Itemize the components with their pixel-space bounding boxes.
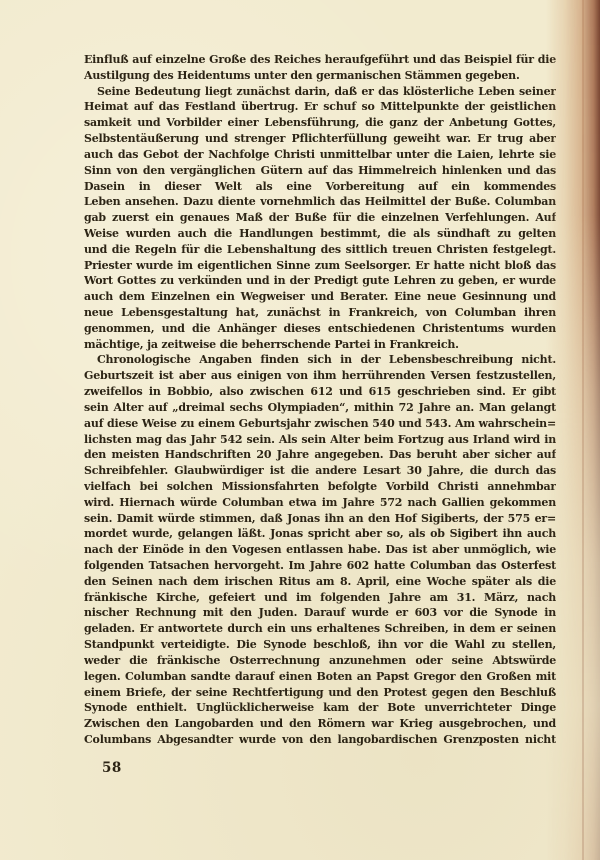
text-line: legen. Columban sandte darauf einen Bote… [84,669,556,685]
text-line: Standpunkt verteidigte. Die Synode besch… [84,637,556,653]
text-line: Synode enthielt. Unglücklicherweise kam … [84,700,556,716]
text-line: Heimat auf das Festland übertrug. Er sch… [84,99,556,115]
text-line: fränkische Kirche, gefeiert und im folge… [84,590,556,606]
text-line: Columbans Abgesandter wurde von den lang… [84,732,556,748]
page-number: 58 [102,760,122,776]
text-line: mächtige, ja zeitweise die beherrschende… [84,337,556,353]
text-line: Geburtszeit ist aber aus einigen von ihm… [84,368,556,384]
text-line: Einfluß auf einzelne Große des Reiches h… [84,52,556,68]
text-line: gab zuerst ein genaues Maß der Buße für … [84,210,556,226]
scanned-book-page: { "colors": { "paper": "#f2ebcf", "ink":… [0,0,600,860]
text-line: den meisten Handschriften 20 Jahre angeg… [84,447,556,463]
text-line: einem Briefe, der seine Rechtfertigung u… [84,685,556,701]
text-line: nach der Einöde in den Vogesen entlassen… [84,542,556,558]
text-line: Chronologische Angaben finden sich in de… [84,352,556,368]
text-line: vielfach bei solchen Missionsfahrten bef… [84,479,556,495]
text-line: genommen, und die Anhänger dieses entsch… [84,321,556,337]
text-line: geladen. Er antwortete durch ein uns erh… [84,621,556,637]
text-line: Priester wurde im eigentlichen Sinne zum… [84,258,556,274]
text-line: Dasein in dieser Welt als eine Vorbereit… [84,179,556,195]
body-text-block: Einfluß auf einzelne Große des Reiches h… [84,52,556,748]
text-line: wird. Hiernach würde Columban etwa im Ja… [84,495,556,511]
text-line: nischer Rechnung mit den Juden. Darauf w… [84,605,556,621]
text-line: Selbstentäußerung und strenger Pflichter… [84,131,556,147]
text-line: auch das Gebot der Nachfolge Christi unm… [84,147,556,163]
text-line: samkeit und Vorbilder einer Lebensführun… [84,115,556,131]
text-line: Weise wurden auch die Handlungen bestimm… [84,226,556,242]
text-line: Leben ansehen. Dazu diente vornehmlich d… [84,194,556,210]
text-line: mordet wurde, gelangen läßt. Jonas spric… [84,526,556,542]
text-line: zweifellos in Bobbio, also zwischen 612 … [84,384,556,400]
text-line: Wort Gottes zu verkünden und in der Pred… [84,273,556,289]
text-line: Sinn von den vergänglichen Gütern auf da… [84,163,556,179]
text-line: sein Alter auf „dreimal sechs Olympiaden… [84,400,556,416]
text-line: Zwischen den Langobarden und den Römern … [84,716,556,732]
text-line: den Seinen nach dem irischen Ritus am 8.… [84,574,556,590]
text-line: neue Lebensgestaltung hat, zunächst in F… [84,305,556,321]
text-line: auch dem Einzelnen ein Wegweiser und Ber… [84,289,556,305]
page-crease-line [582,0,584,860]
text-line: weder die fränkische Osterrechnung anzun… [84,653,556,669]
text-line: sein. Damit würde stimmen, daß Jonas ihn… [84,511,556,527]
text-line: folgenden Tatsachen hervorgeht. Im Jahre… [84,558,556,574]
text-line: lichsten mag das Jahr 542 sein. Als sein… [84,432,556,448]
text-line: Austilgung des Heidentums unter den germ… [84,68,556,84]
text-line: und die Regeln für die Lebenshaltung des… [84,242,556,258]
text-line: auf diese Weise zu einem Geburtsjahr zwi… [84,416,556,432]
text-line: Schreibfehler. Glaubwürdiger ist die and… [84,463,556,479]
text-line: Seine Bedeutung liegt zunächst darin, da… [84,84,556,100]
